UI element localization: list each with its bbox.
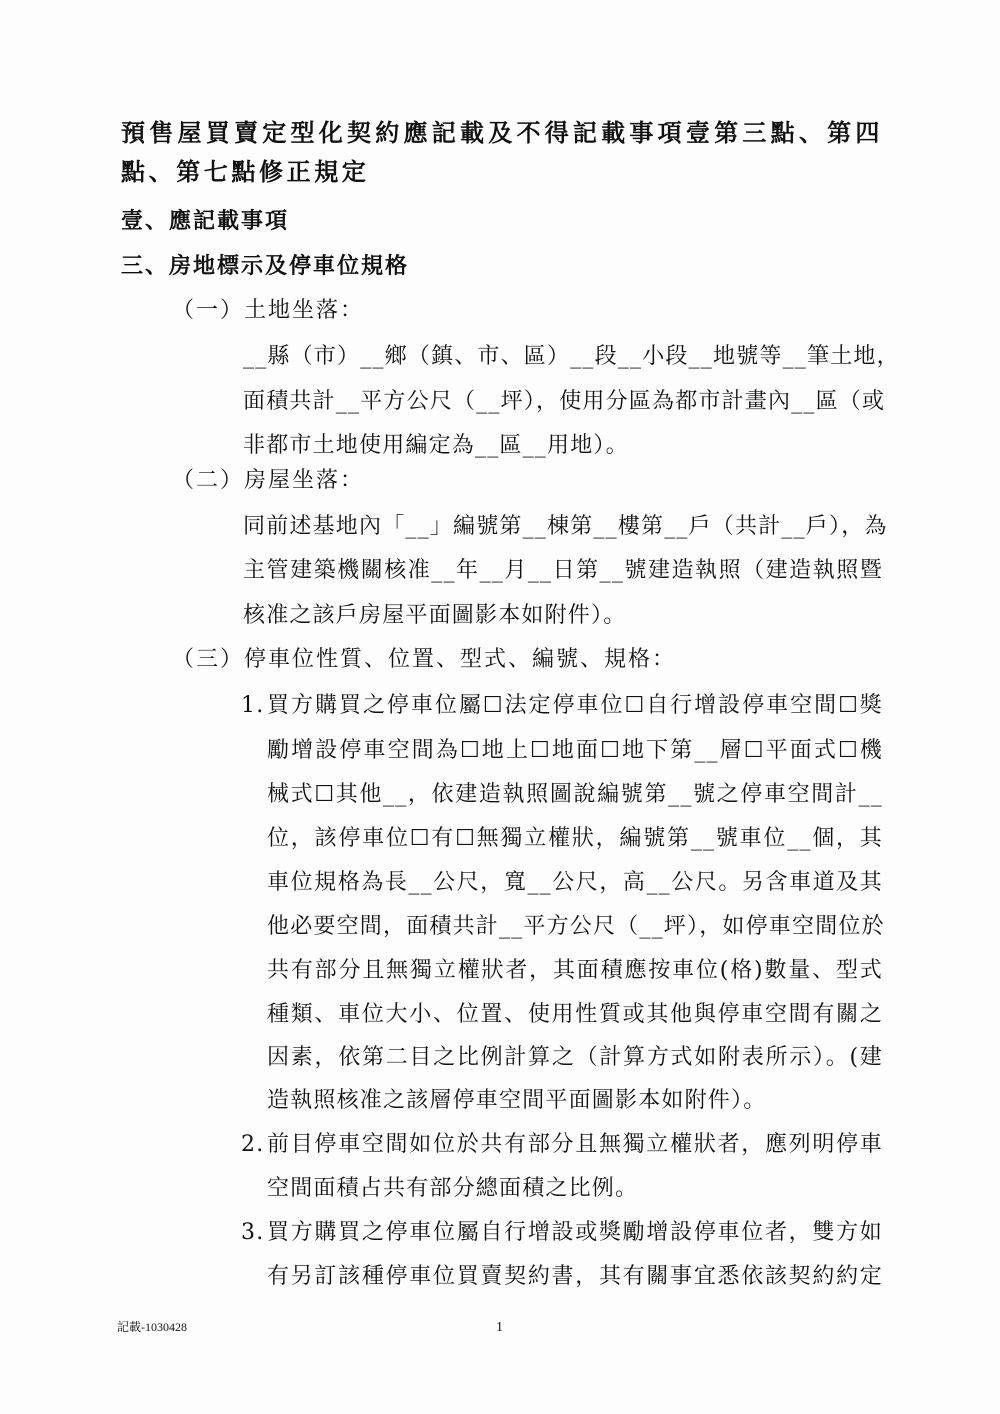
- subitem-2-line-2: 空間面積占共有部分總面積之比例。: [267, 1174, 638, 1204]
- subitem-1-text-1: 買方購買之停車位屬☐法定停車位☐自行增設停車空間☐獎: [267, 691, 883, 721]
- item-2-text-2: 主管建築機關核准__年__月__日第__號建造執照（建造執照暨: [243, 556, 883, 586]
- subitem-1-text-3: 械式☐其他__，依建造執照圖說編號第__號之停車空間計__: [267, 780, 883, 810]
- subitem-3-line-1: 買方購買之停車位屬自行增設或獎勵增設停車位者，雙方如: [267, 1218, 883, 1248]
- subitem-1-line-2: 勵增設停車空間為☐地上☐地面☐地下第__層☐平面式☐機: [267, 736, 883, 766]
- subitem-1-line-10: 造執照核准之該層停車空間平面圖影本如附件）。: [267, 1086, 766, 1116]
- item-1-text-1: __縣（市）__鄉（鎮、市、區）__段__小段__地號等__筆土地，: [243, 342, 883, 372]
- document-title-line-1: 預售屋買賣定型化契約應記載及不得記載事項壹第三點、第四: [121, 118, 883, 148]
- subitem-1-line-3: 械式☐其他__，依建造執照圖說編號第__號之停車空間計__: [267, 780, 883, 810]
- subitem-1-line-8: 種類、車位大小、位置、使用性質或其他與停車空間有關之: [267, 1000, 883, 1030]
- item-1-line-2: 面積共計__平方公尺（__坪），使用分區為都市計畫內__區（或: [243, 387, 883, 417]
- subsection-heading: 三、房地標示及停車位規格: [121, 251, 409, 281]
- subitem-3-line-2: 有另訂該種停車位買賣契約書，其有關事宜悉依該契約約定: [267, 1262, 883, 1292]
- item-1-text-2: 面積共計__平方公尺（__坪），使用分區為都市計畫內__區（或: [243, 387, 883, 417]
- subitem-2-number: 2.: [241, 1130, 264, 1160]
- subitem-2-text-1: 前目停車空間如位於共有部分且無獨立權狀者，應列明停車: [267, 1130, 883, 1160]
- document-title-line-2: 點、第七點修正規定: [121, 157, 369, 187]
- item-2-line-3: 核准之該戶房屋平面圖影本如附件）。: [243, 601, 626, 631]
- page-number: 1: [496, 1320, 503, 1336]
- document-page: 預售屋買賣定型化契約應記載及不得記載事項壹第三點、第四 點、第七點修正規定 壹、…: [0, 0, 1000, 1414]
- title-text-1: 預售屋買賣定型化契約應記載及不得記載事項壹第三點、第四: [121, 118, 883, 148]
- subitem-1-line-1: 買方購買之停車位屬☐法定停車位☐自行增設停車空間☐獎: [267, 691, 883, 721]
- subitem-1-line-7: 共有部分且無獨立權狀者，其面積應按車位(格)數量、型式: [267, 956, 883, 986]
- subitem-3-text-2: 有另訂該種停車位買賣契約書，其有關事宜悉依該契約約定: [267, 1262, 883, 1292]
- subitem-1-text-7: 共有部分且無獨立權狀者，其面積應按車位(格)數量、型式: [267, 956, 883, 986]
- subitem-1-text-9: 因素，依第二目之比例計算之（計算方式如附表所示）。(建: [267, 1043, 883, 1073]
- subitem-1-text-8: 種類、車位大小、位置、使用性質或其他與停車空間有關之: [267, 1000, 883, 1030]
- item-2-label: （二）房屋坐落：: [172, 466, 364, 496]
- section-heading: 壹、應記載事項: [121, 206, 289, 236]
- title-text-2: 點、第七點修正規定: [121, 157, 369, 186]
- subitem-3-number: 3.: [241, 1218, 264, 1248]
- item-1-line-1: __縣（市）__鄉（鎮、市、區）__段__小段__地號等__筆土地，: [243, 342, 883, 372]
- subitem-1-line-6: 他必要空間，面積共計__平方公尺（__坪），如停車空間位於: [267, 912, 883, 942]
- subitem-1-text-6: 他必要空間，面積共計__平方公尺（__坪），如停車空間位於: [267, 912, 883, 942]
- subitem-1-text-2: 勵增設停車空間為☐地上☐地面☐地下第__層☐平面式☐機: [267, 736, 883, 766]
- item-2-line-2: 主管建築機關核准__年__月__日第__號建造執照（建造執照暨: [243, 556, 883, 586]
- item-2-text-1: 同前述基地內「__」編號第__棟第__樓第__戶（共計__戶），為: [243, 512, 883, 542]
- subitem-1-text-5: 車位規格為長__公尺，寬__公尺，高__公尺。另含車道及其: [267, 868, 883, 898]
- subitem-1-line-9: 因素，依第二目之比例計算之（計算方式如附表所示）。(建: [267, 1043, 883, 1073]
- subitem-2-line-1: 前目停車空間如位於共有部分且無獨立權狀者，應列明停車: [267, 1130, 883, 1160]
- item-1-line-3: 非都市土地使用編定為__區__用地）。: [243, 431, 629, 461]
- subitem-1-line-5: 車位規格為長__公尺，寬__公尺，高__公尺。另含車道及其: [267, 868, 883, 898]
- item-2-line-1: 同前述基地內「__」編號第__棟第__樓第__戶（共計__戶），為: [243, 512, 883, 542]
- item-1-label: （一）土地坐落：: [172, 296, 364, 326]
- subitem-1-text-4: 位，該停車位☐有☐無獨立權狀，編號第__號車位__個，其: [267, 824, 883, 854]
- subitem-3-text-1: 買方購買之停車位屬自行增設或獎勵增設停車位者，雙方如: [267, 1218, 883, 1248]
- subitem-1-line-4: 位，該停車位☐有☐無獨立權狀，編號第__號車位__個，其: [267, 824, 883, 854]
- footer-document-code: 記載-1030428: [117, 1318, 187, 1335]
- subitem-1-number: 1.: [241, 691, 264, 721]
- item-3-label: （三）停車位性質、位置、型式、編號、規格：: [172, 645, 676, 675]
